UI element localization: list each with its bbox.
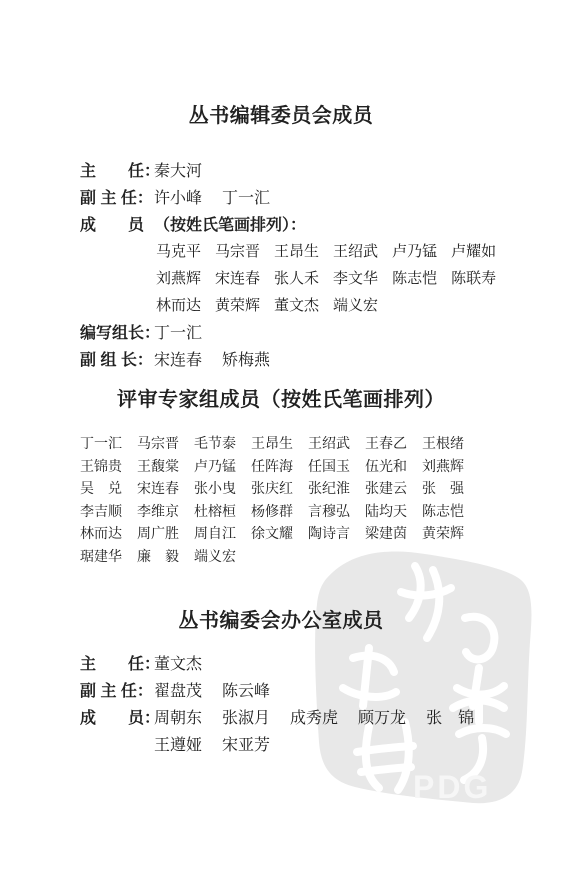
role-label: 主 任：	[80, 158, 154, 185]
role-names: 王遵娅宋亚芳	[154, 732, 270, 759]
person-name: 卢乃锰	[392, 239, 437, 266]
role-names: 董文杰	[154, 651, 202, 678]
person-name: 杜榕桓	[194, 502, 236, 525]
person-name: 徐文耀	[251, 524, 293, 547]
person-name: 周广胜	[137, 524, 179, 547]
person-name: 翟盘茂	[154, 678, 202, 705]
person-name: 宋连春	[137, 479, 179, 502]
person-name: 陈云峰	[222, 678, 270, 705]
role-row-deputy-director: 副 主 任：许小峰丁一汇	[80, 185, 562, 212]
editorial-roles: 主 任：秦大河 副 主 任：许小峰丁一汇 成 员（按姓氏笔画排列）：	[0, 158, 562, 239]
person-name: 刘燕辉	[422, 457, 464, 480]
member-name-row: 李吉顺李维京杜榕桓杨修群言穆弘陆均天陈志恺	[80, 502, 562, 525]
office-roles: 主 任：董文杰 副 主 任：翟盘茂陈云峰 成 员：周朝东张淑月成秀虎顾万龙张 锦…	[0, 651, 562, 759]
role-label: 副 主 任：	[80, 678, 154, 705]
member-name-row: 马克平马宗晋王昂生王绍武卢乃锰卢耀如	[156, 239, 562, 266]
section-title-expert-group: 评审专家组成员（按姓氏笔画排列）	[0, 388, 562, 412]
role-row-members-heading: 成 员（按姓氏笔画排列）：	[80, 212, 562, 239]
role-row-members: 成 员：周朝东张淑月成秀虎顾万龙张 锦	[80, 705, 562, 732]
person-name: 李维京	[137, 502, 179, 525]
person-name: 廉 毅	[137, 547, 179, 570]
person-name: 张纪淮	[308, 479, 350, 502]
person-name: 王昂生	[274, 239, 319, 266]
person-name: 陶诗言	[308, 524, 350, 547]
role-row-director: 主 任：董文杰	[80, 651, 562, 678]
person-name: 王遵娅	[154, 732, 202, 759]
person-name: 陈联寿	[451, 266, 496, 293]
role-names: 翟盘茂陈云峰	[154, 678, 270, 705]
person-name: 马宗晋	[137, 434, 179, 457]
person-name: 陈志恺	[422, 502, 464, 525]
member-name-row: 丁一汇马宗晋毛节泰王昂生王绍武王春乙王根绪	[80, 434, 562, 457]
writing-group-leads: 编写组长：丁一汇 副 组 长：宋连春矫梅燕	[0, 320, 562, 374]
person-name: 张建云	[365, 479, 407, 502]
person-name: 黄荣辉	[215, 293, 260, 320]
member-name-row: 王锦贵王馥棠卢乃锰任阵海任国玉伍光和刘燕辉	[80, 457, 562, 480]
role-row-members-continued: 王遵娅宋亚芳	[80, 732, 562, 759]
sort-note: （按姓氏笔画排列）：	[154, 217, 306, 234]
person-name: 卢乃锰	[194, 457, 236, 480]
member-name-row: 刘燕辉宋连春张人禾李文华陈志恺陈联寿	[156, 266, 562, 293]
person-name: 宋亚芳	[222, 732, 270, 759]
person-name: 端义宏	[333, 293, 378, 320]
section-title-editorial-office: 丛书编委会办公室成员	[0, 609, 562, 633]
person-name: 杨修群	[251, 502, 293, 525]
person-name: 言穆弘	[308, 502, 350, 525]
person-name: 陆均天	[365, 502, 407, 525]
person-name: 王绍武	[333, 239, 378, 266]
role-label: 副 主 任：	[80, 185, 154, 212]
role-names: 宋连春矫梅燕	[154, 347, 270, 374]
person-name: 马宗晋	[215, 239, 260, 266]
person-name: 矫梅燕	[222, 347, 270, 374]
person-name: 琚建华	[80, 547, 122, 570]
person-name: 马克平	[156, 239, 201, 266]
person-name: 林而达	[156, 293, 201, 320]
person-name: 王昂生	[251, 434, 293, 457]
person-name: 吴 兑	[80, 479, 122, 502]
role-label: 编写组长：	[80, 320, 154, 347]
person-name: 卢耀如	[451, 239, 496, 266]
person-name: 宋连春	[154, 347, 202, 374]
person-name: 任国玉	[308, 457, 350, 480]
person-name: 李吉顺	[80, 502, 122, 525]
person-name: 张庆红	[251, 479, 293, 502]
person-name: 王春乙	[365, 434, 407, 457]
person-name: 许小峰	[154, 185, 202, 212]
person-name: 丁一汇	[80, 434, 122, 457]
member-name-row: 吴 兑宋连春张小曳张庆红张纪淮张建云张 强	[80, 479, 562, 502]
person-name: 张 强	[422, 479, 464, 502]
role-label: 成 员：	[80, 705, 154, 732]
person-name: 宋连春	[215, 266, 260, 293]
person-name: 陈志恺	[392, 266, 437, 293]
expert-member-list: 丁一汇马宗晋毛节泰王昂生王绍武王春乙王根绪 王锦贵王馥棠卢乃锰任阵海任国玉伍光和…	[0, 434, 562, 569]
person-name: 秦大河	[154, 158, 202, 185]
person-name: 任阵海	[251, 457, 293, 480]
person-name: 林而达	[80, 524, 122, 547]
person-name: 丁一汇	[222, 185, 270, 212]
editorial-member-list: 马克平马宗晋王昂生王绍武卢乃锰卢耀如 刘燕辉宋连春张人禾李文华陈志恺陈联寿 林而…	[0, 239, 562, 320]
pdg-watermark-label: PDG	[413, 769, 491, 805]
person-name: 周自江	[194, 524, 236, 547]
person-name: 顾万龙	[358, 705, 406, 732]
person-name: 毛节泰	[194, 434, 236, 457]
person-name: 李文华	[333, 266, 378, 293]
person-name: 丁一汇	[154, 320, 202, 347]
role-names: 秦大河	[154, 158, 202, 185]
role-names: 丁一汇	[154, 320, 202, 347]
role-label: 成 员	[80, 212, 154, 239]
person-name: 董文杰	[154, 651, 202, 678]
person-name: 张人禾	[274, 266, 319, 293]
person-name: 端义宏	[194, 547, 236, 570]
person-name: 周朝东	[154, 705, 202, 732]
role-row-director: 主 任：秦大河	[80, 158, 562, 185]
seal-glyph	[361, 767, 411, 772]
role-label: 副 组 长：	[80, 347, 154, 374]
member-name-row: 林而达黄荣辉董文杰端义宏	[156, 293, 562, 320]
page-content: 丛书编辑委员会成员 主 任：秦大河 副 主 任：许小峰丁一汇 成 员（按姓氏笔画…	[0, 0, 562, 759]
section-title-editorial-committee: 丛书编辑委员会成员	[0, 0, 562, 128]
book-page: PDG 丛书编辑委员会成员 主 任：秦大河 副 主 任：许小峰丁一汇 成 员（按…	[0, 0, 562, 880]
role-row-deputy-director: 副 主 任：翟盘茂陈云峰	[80, 678, 562, 705]
person-name: 张淑月	[222, 705, 270, 732]
role-names: 周朝东张淑月成秀虎顾万龙张 锦	[154, 705, 474, 732]
member-name-row: 林而达周广胜周自江徐文耀陶诗言梁建茵黄荣辉	[80, 524, 562, 547]
person-name: 黄荣辉	[422, 524, 464, 547]
person-name: 成秀虎	[290, 705, 338, 732]
person-name: 董文杰	[274, 293, 319, 320]
person-name: 张 锦	[426, 705, 474, 732]
person-name: 梁建茵	[365, 524, 407, 547]
person-name: 王绍武	[308, 434, 350, 457]
role-row-deputy-lead: 副 组 长：宋连春矫梅燕	[80, 347, 562, 374]
person-name: 张小曳	[194, 479, 236, 502]
person-name: 王馥棠	[137, 457, 179, 480]
person-name: 王根绪	[422, 434, 464, 457]
person-name: 刘燕辉	[156, 266, 201, 293]
role-row-lead-author: 编写组长：丁一汇	[80, 320, 562, 347]
person-name: 伍光和	[365, 457, 407, 480]
person-name: 王锦贵	[80, 457, 122, 480]
role-names: 许小峰丁一汇	[154, 185, 270, 212]
member-name-row: 琚建华廉 毅端义宏	[80, 547, 562, 570]
role-label: 主 任：	[80, 651, 154, 678]
